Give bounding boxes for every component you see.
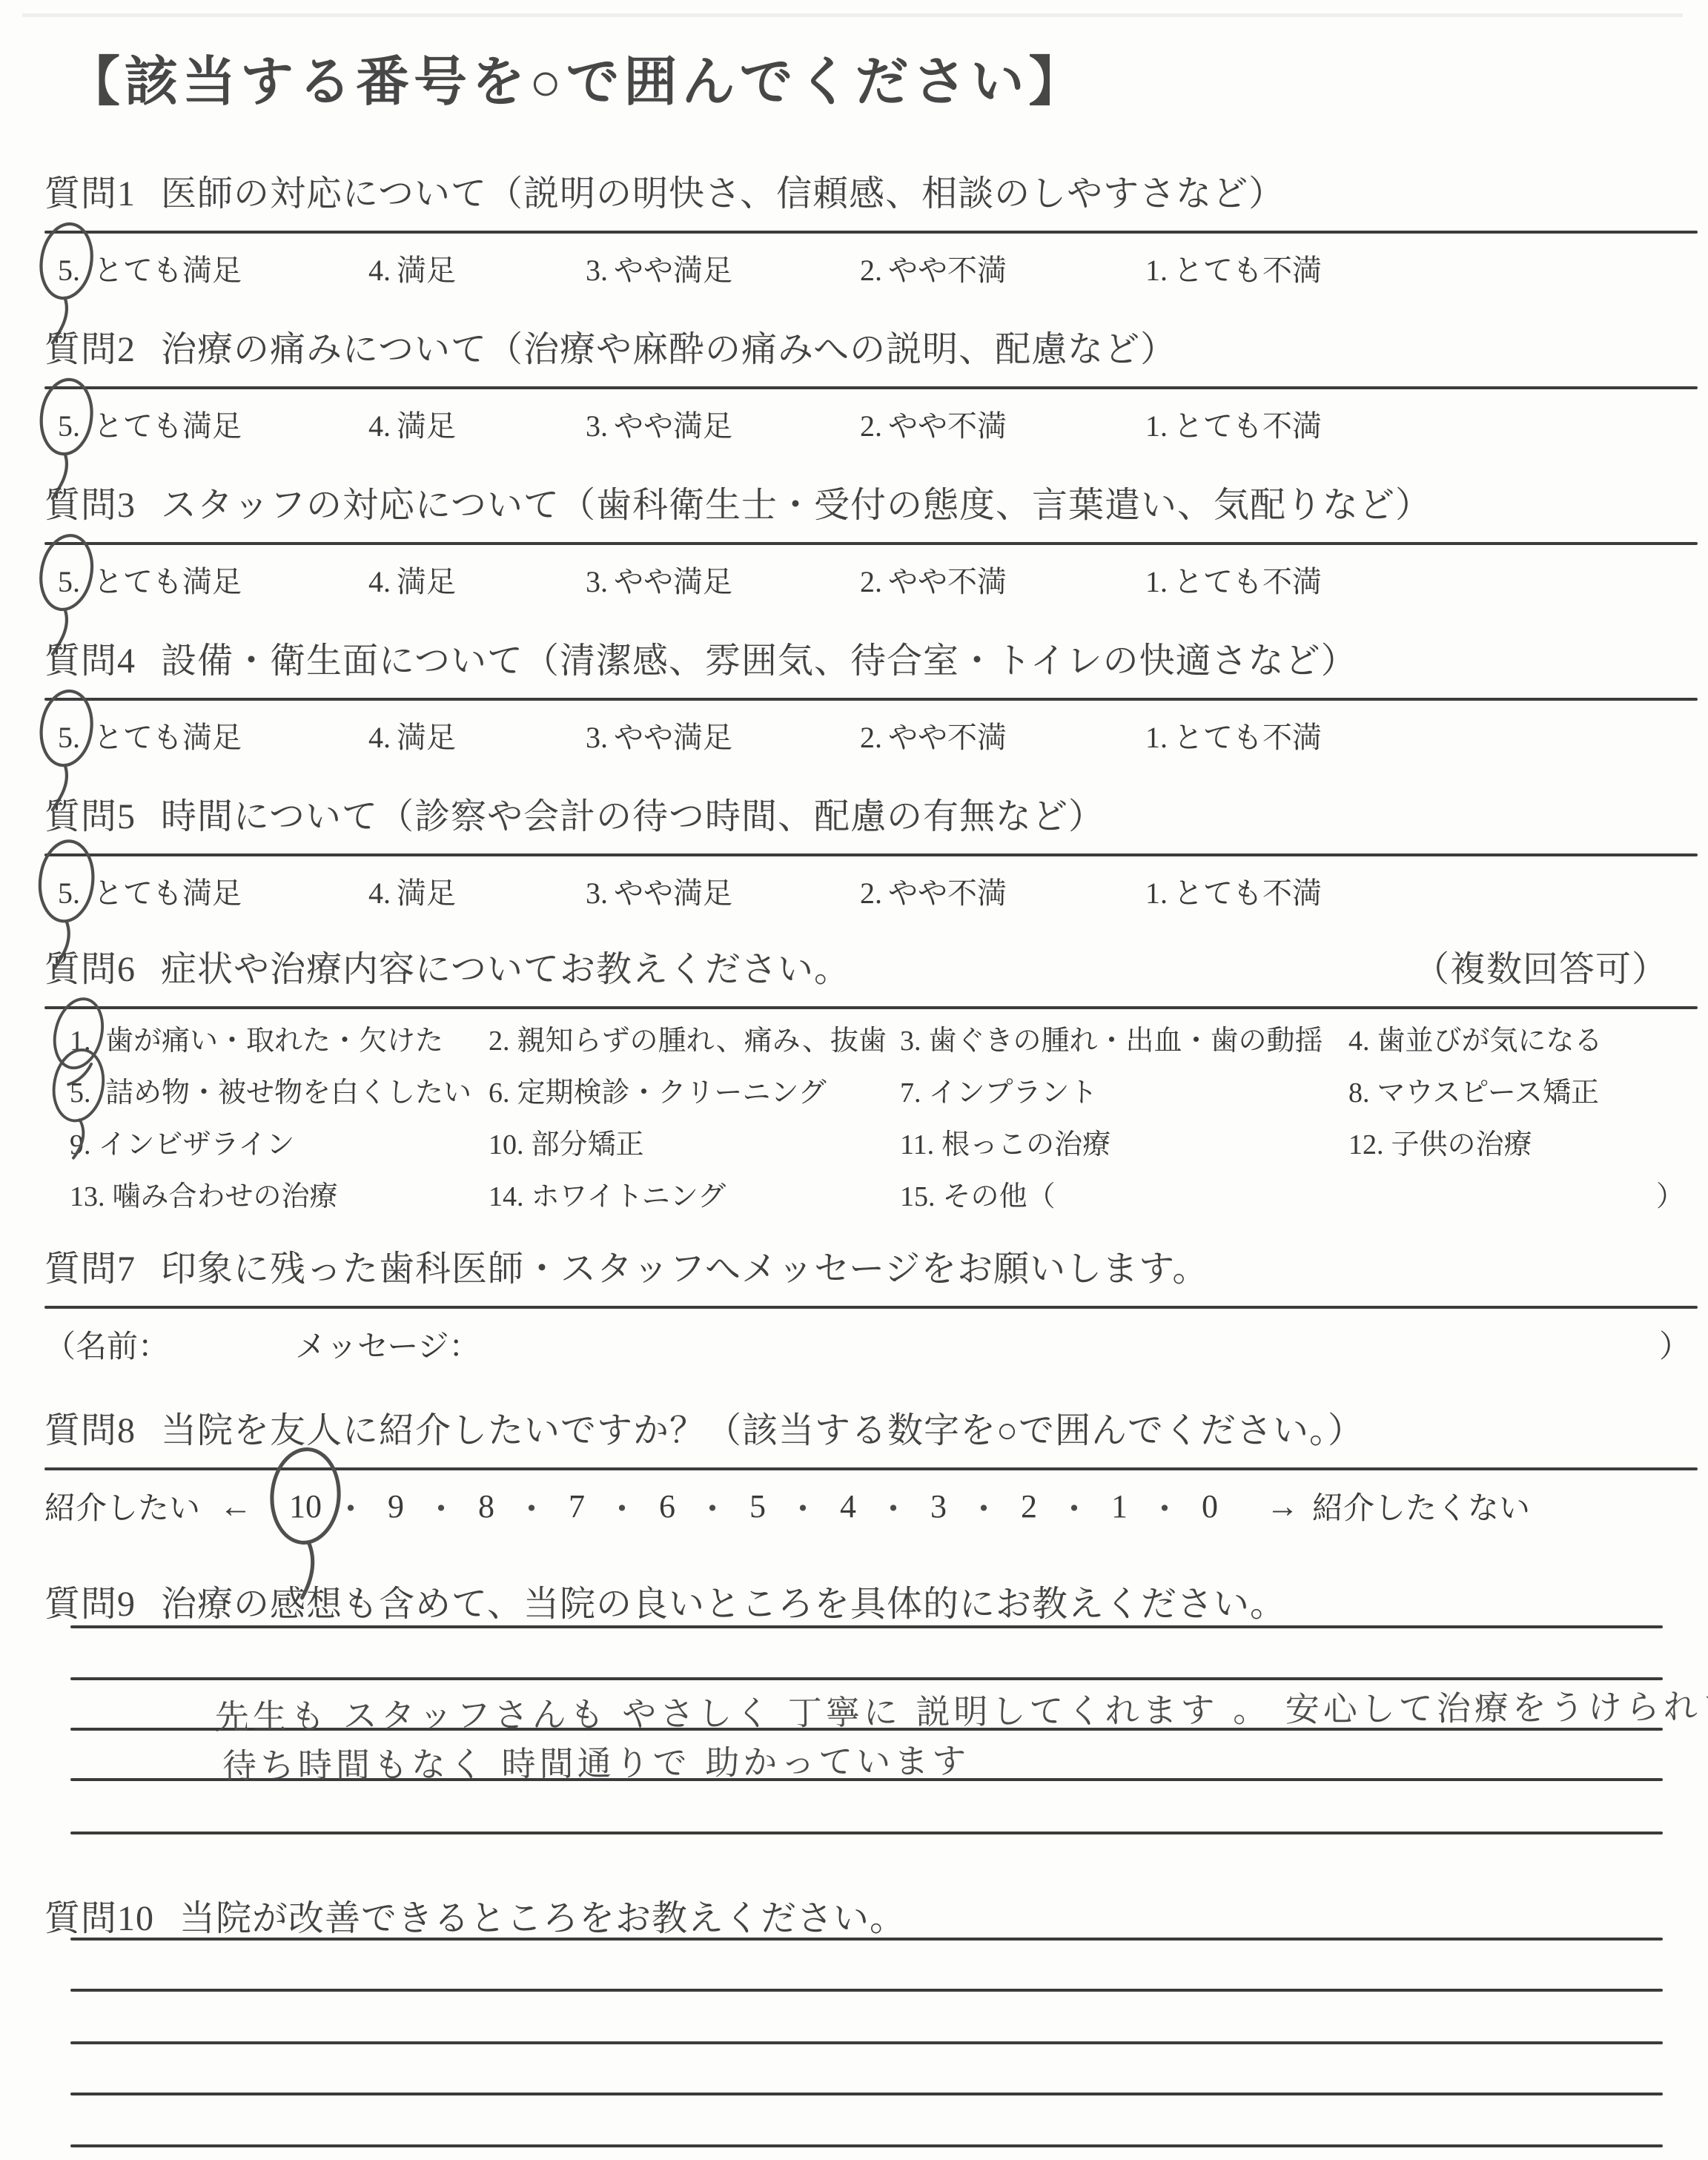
q7-close-paren: ） bbox=[1659, 1322, 1698, 1367]
option-satisfied: 4.満足 bbox=[368, 558, 586, 601]
option-number-text: 5. bbox=[58, 254, 80, 287]
option-somewhat-dissatisfied: 2.やや不満 bbox=[860, 714, 1145, 756]
q6-other-close-paren: ） bbox=[1656, 1171, 1698, 1223]
option-number-text: 3. bbox=[586, 721, 608, 754]
question-title: 設備・衛生面について（清潔感、雰囲気、待合室・トイレの快適さなど） bbox=[161, 632, 1357, 683]
q8-number: 8 bbox=[469, 1487, 504, 1525]
option-label: やや不満 bbox=[888, 565, 1007, 598]
separator-line bbox=[44, 1467, 1698, 1470]
q6-item-1-circled: 1. 歯が痛い・取れた・欠けた bbox=[70, 1015, 489, 1067]
ruled-line bbox=[70, 1677, 1663, 1680]
option-label: やや不満 bbox=[888, 721, 1007, 754]
option-number-text: 3. bbox=[586, 254, 608, 287]
option-number-text: 3. bbox=[586, 409, 608, 443]
option-number-text: 7. bbox=[900, 1077, 921, 1109]
page-title: 【該当する番号を○で囲んでください】 bbox=[67, 39, 1087, 116]
q6-item-14: 14.ホワイトニング bbox=[489, 1171, 900, 1223]
separator-line bbox=[44, 853, 1698, 856]
symptom-options-grid: 1. 歯が痛い・取れた・欠けた 2.親知らずの腫れ、痛み、抜歯 3.歯ぐきの腫れ… bbox=[44, 1015, 1698, 1223]
question-title: 当院が改善できるところをお教えください。 bbox=[179, 1889, 906, 1941]
option-number-circled: 5. bbox=[58, 720, 80, 755]
option-label: やや満足 bbox=[614, 721, 732, 754]
option-somewhat-dissatisfied: 2.やや不満 bbox=[860, 870, 1145, 912]
option-very-dissatisfied: 1.とても不満 bbox=[1145, 558, 1698, 601]
question-title: 治療の痛みについて（治療や麻酔の痛みへの説明、配慮など） bbox=[161, 320, 1176, 371]
question-title: 印象に残った歯科医師・スタッフへメッセージをお願いします。 bbox=[161, 1240, 1208, 1291]
option-number-text: 11. bbox=[900, 1129, 934, 1160]
option-label: インプラント bbox=[929, 1077, 1098, 1109]
right-arrow-icon: → bbox=[1266, 1487, 1299, 1525]
option-label: やや不満 bbox=[888, 254, 1007, 287]
options-row: 5. とても満足 4.満足 3.やや満足 2.やや不満 1.とても不満 bbox=[44, 714, 1698, 756]
option-number-text: 2. bbox=[860, 876, 882, 910]
question-title: スタッフの対応について（歯科衛生士・受付の態度、言葉遣い、気配りなど） bbox=[161, 476, 1431, 527]
q6-item-9: 9.インビザライン bbox=[70, 1119, 489, 1171]
handwritten-answer-line-2: 待ち時間もなく 時間通りで 助かっています bbox=[222, 1734, 970, 1788]
option-number-text: 3. bbox=[586, 876, 608, 910]
dot-separator: ・ bbox=[334, 1482, 367, 1530]
q8-number: 6 bbox=[649, 1487, 685, 1525]
option-label: 満足 bbox=[397, 565, 456, 598]
question-1-block: 質問1 医師の対応について（説明の明快さ、信頼感、相談のしやすさなど） 5. と… bbox=[44, 165, 1698, 289]
q8-number-10-circled: 10 bbox=[288, 1487, 323, 1525]
options-row: 5. とても満足 4.満足 3.やや満足 2.やや不満 1.とても不満 bbox=[44, 403, 1698, 445]
option-number-circled: 1. bbox=[70, 1015, 91, 1067]
question-id: 質問1 bbox=[44, 165, 136, 216]
question-4-title-row: 質問4 設備・衛生面について（清潔感、雰囲気、待合室・トイレの快適さなど） bbox=[44, 632, 1698, 683]
question-5-title-row: 質問5 時間について（診察や会計の待つ時間、配慮の有無など） bbox=[44, 787, 1698, 839]
option-label: やや満足 bbox=[614, 409, 732, 443]
dot-separator: ・ bbox=[515, 1482, 548, 1530]
question-2-block: 質問2 治療の痛みについて（治療や麻酔の痛みへの説明、配慮など） 5. とても満… bbox=[44, 320, 1698, 445]
option-label: やや満足 bbox=[614, 254, 732, 287]
option-label: ホワイトニング bbox=[532, 1181, 726, 1212]
ruled-line bbox=[70, 2041, 1663, 2044]
question-title: 医師の対応について（説明の明快さ、信頼感、相談のしやすさなど） bbox=[161, 165, 1285, 216]
q6-item-3: 3.歯ぐきの腫れ・出血・歯の動揺 bbox=[900, 1015, 1348, 1067]
option-somewhat-satisfied: 3.やや満足 bbox=[586, 247, 860, 289]
option-label: インビザライン bbox=[99, 1129, 295, 1160]
q7-message-label: メッセージ： bbox=[295, 1322, 480, 1367]
option-very-dissatisfied: 1.とても不満 bbox=[1145, 403, 1698, 445]
option-label: 満足 bbox=[397, 254, 456, 287]
question-8-title-row: 質問8 当院を友人に紹介したいですか？（該当する数字を○で囲んでください。） bbox=[44, 1401, 1698, 1453]
question-3-block: 質問3 スタッフの対応について（歯科衛生士・受付の態度、言葉遣い、気配りなど） … bbox=[44, 476, 1698, 601]
q8-number: 3 bbox=[921, 1487, 956, 1525]
option-label: とても満足 bbox=[93, 721, 242, 754]
option-number-text: 2. bbox=[489, 1025, 510, 1057]
option-somewhat-dissatisfied: 2.やや不満 bbox=[860, 247, 1145, 289]
separator-line bbox=[44, 231, 1698, 234]
option-satisfied: 4.満足 bbox=[368, 714, 586, 756]
dot-separator: ・ bbox=[425, 1482, 457, 1530]
message-fields-row: （名前： メッセージ： ） bbox=[44, 1322, 1698, 1367]
option-number-text: 1. bbox=[1145, 721, 1168, 754]
option-somewhat-satisfied: 3.やや満足 bbox=[586, 714, 860, 756]
q6-item-4: 4.歯並びが気になる bbox=[1348, 1015, 1698, 1067]
option-number-text: 5. bbox=[58, 565, 80, 598]
question-2-title-row: 質問2 治療の痛みについて（治療や麻酔の痛みへの説明、配慮など） bbox=[44, 320, 1698, 371]
option-number-text: 4. bbox=[1348, 1025, 1370, 1057]
question-9-title-row: 質問9 治療の感想も含めて、当院の良いところを具体的にお教えください。 bbox=[44, 1575, 1698, 1626]
option-very-satisfied: 5. とても満足 bbox=[58, 247, 368, 289]
option-label: その他（ bbox=[943, 1181, 1056, 1212]
option-label: とても満足 bbox=[93, 565, 242, 598]
left-arrow-icon: ← bbox=[219, 1487, 252, 1525]
option-very-dissatisfied: 1.とても不満 bbox=[1145, 247, 1698, 289]
option-label: マウスピース矯正 bbox=[1377, 1077, 1599, 1109]
option-label: 満足 bbox=[397, 876, 456, 910]
dot-separator: ・ bbox=[787, 1482, 819, 1530]
ruled-line bbox=[70, 1832, 1663, 1834]
option-number-text: 1. bbox=[1145, 876, 1168, 910]
option-label: やや不満 bbox=[888, 409, 1007, 443]
option-label: 詰め物・被せ物を白くしたい bbox=[105, 1077, 471, 1109]
option-number-text: 15. bbox=[900, 1181, 936, 1212]
q6-item-6: 6.定期検診・クリーニング bbox=[489, 1067, 900, 1119]
option-label: とても不満 bbox=[1174, 876, 1322, 910]
question-id: 質問3 bbox=[44, 476, 136, 527]
option-label: とても不満 bbox=[1174, 254, 1322, 287]
separator-line bbox=[44, 386, 1698, 389]
option-number-text: 1. bbox=[70, 1025, 91, 1057]
q6-item-13: 13.噛み合わせの治療 bbox=[70, 1171, 489, 1223]
option-satisfied: 4.満足 bbox=[368, 247, 586, 289]
option-label: 満足 bbox=[397, 409, 456, 443]
q6-item-15-other: 15.その他（ bbox=[900, 1171, 1348, 1223]
option-label: 満足 bbox=[397, 721, 456, 754]
option-number-text: 2. bbox=[860, 254, 882, 287]
option-label: とても不満 bbox=[1174, 409, 1322, 443]
option-number-text: 4. bbox=[368, 409, 391, 443]
question-title: 症状や治療内容についてお教えください。 bbox=[161, 940, 850, 991]
option-number-text: 12. bbox=[1348, 1129, 1384, 1160]
ruled-line bbox=[70, 1938, 1663, 1941]
q8-right-label: 紹介したくない bbox=[1312, 1484, 1530, 1528]
option-number-text: 9. bbox=[70, 1129, 91, 1160]
separator-line bbox=[44, 1306, 1698, 1309]
dot-separator: ・ bbox=[606, 1482, 638, 1530]
option-number-text: 4. bbox=[368, 721, 391, 754]
option-number-text: 4. bbox=[368, 254, 391, 287]
nps-scale-row: 紹介したい ← 10 ・ 9 ・ 8 ・ 7 ・ 6 ・ 5 ・ 4 ・ 3 ・… bbox=[44, 1482, 1698, 1530]
option-number-text: 8. bbox=[1348, 1077, 1370, 1109]
q6-item-5-circled: 5. 詰め物・被せ物を白くしたい bbox=[70, 1067, 489, 1119]
q8-number: 4 bbox=[830, 1487, 866, 1525]
q8-number-text: 10 bbox=[289, 1488, 322, 1525]
option-label: 定期検診・クリーニング bbox=[517, 1077, 827, 1109]
option-number-text: 6. bbox=[489, 1077, 510, 1109]
option-somewhat-dissatisfied: 2.やや不満 bbox=[860, 403, 1145, 445]
handwritten-answer-line-1: 先生も スタッフさんも やさしく 丁寧に 説明してくれます 。 安心して治療をう… bbox=[215, 1680, 1708, 1740]
question-title: 治療の感想も含めて、当院の良いところを具体的にお教えください。 bbox=[161, 1575, 1286, 1626]
option-label: 親知らずの腫れ、痛み、抜歯 bbox=[517, 1025, 887, 1057]
option-number-text: 1. bbox=[1145, 565, 1168, 598]
options-row: 5. とても満足 4.満足 3.やや満足 2.やや不満 1.とても不満 bbox=[44, 247, 1698, 289]
option-label: とても満足 bbox=[93, 254, 242, 287]
option-label: とても不満 bbox=[1174, 565, 1322, 598]
multi-select-note: （複数回答可） bbox=[1414, 940, 1668, 991]
option-number-text: 5. bbox=[58, 721, 80, 754]
option-label: 部分矯正 bbox=[532, 1129, 644, 1160]
question-1-title-row: 質問1 医師の対応について（説明の明快さ、信頼感、相談のしやすさなど） bbox=[44, 165, 1698, 216]
option-somewhat-satisfied: 3.やや満足 bbox=[586, 558, 860, 601]
q6-item-12: 12.子供の治療 bbox=[1348, 1119, 1698, 1171]
option-number-text: 13. bbox=[70, 1181, 105, 1212]
q6-item-8: 8.マウスピース矯正 bbox=[1348, 1067, 1698, 1119]
option-number-circled: 5. bbox=[58, 876, 80, 911]
separator-line bbox=[44, 698, 1698, 701]
q6-item-7: 7.インプラント bbox=[900, 1067, 1348, 1119]
question-10-block: 質問10 当院が改善できるところをお教えください。 bbox=[44, 1889, 1698, 1941]
option-somewhat-dissatisfied: 2.やや不満 bbox=[860, 558, 1145, 601]
option-satisfied: 4.満足 bbox=[368, 870, 586, 912]
option-number-text: 3. bbox=[586, 565, 608, 598]
option-label: 噛み合わせの治療 bbox=[113, 1181, 338, 1212]
q6-item-11: 11.根っこの治療 bbox=[900, 1119, 1348, 1171]
option-label: とても満足 bbox=[93, 409, 242, 443]
question-title: 当院を友人に紹介したいですか？（該当する数字を○で囲んでください。） bbox=[161, 1401, 1364, 1453]
option-label: 歯が痛い・取れた・欠けた bbox=[105, 1025, 443, 1057]
option-number-circled: 5. bbox=[58, 564, 80, 599]
q8-number: 9 bbox=[378, 1487, 414, 1525]
q7-name-label: （名前： bbox=[44, 1322, 169, 1367]
option-number-text: 1. bbox=[1145, 254, 1168, 287]
q6-item-10: 10.部分矯正 bbox=[489, 1119, 900, 1171]
question-id: 質問7 bbox=[44, 1240, 136, 1291]
q8-left-label: 紹介したい bbox=[44, 1484, 200, 1528]
option-number-text: 5. bbox=[58, 876, 80, 910]
option-number-text: 3. bbox=[900, 1025, 921, 1057]
option-number-text: 1. bbox=[1145, 409, 1168, 443]
option-very-satisfied: 5. とても満足 bbox=[58, 403, 368, 445]
question-id: 質問4 bbox=[44, 632, 136, 683]
ruled-line bbox=[70, 1625, 1663, 1628]
question-7-block: 質問7 印象に残った歯科医師・スタッフへメッセージをお願いします。 （名前： メ… bbox=[44, 1240, 1698, 1367]
question-6-block: 質問6 症状や治療内容についてお教えください。 （複数回答可） 1. 歯が痛い・… bbox=[44, 940, 1698, 1223]
option-number-circled: 5. bbox=[58, 253, 80, 288]
q6-item-2: 2.親知らずの腫れ、痛み、抜歯 bbox=[489, 1015, 900, 1067]
q8-number: 0 bbox=[1192, 1487, 1228, 1525]
option-label: 子供の治療 bbox=[1391, 1129, 1532, 1160]
q8-number: 2 bbox=[1011, 1487, 1047, 1525]
options-row: 5. とても満足 4.満足 3.やや満足 2.やや不満 1.とても不満 bbox=[44, 558, 1698, 601]
question-6-title-row: 質問6 症状や治療内容についてお教えください。 （複数回答可） bbox=[44, 940, 1698, 991]
option-label: やや満足 bbox=[614, 876, 732, 910]
option-somewhat-satisfied: 3.やや満足 bbox=[586, 870, 860, 912]
dot-separator: ・ bbox=[967, 1482, 1000, 1530]
option-somewhat-satisfied: 3.やや満足 bbox=[586, 403, 860, 445]
separator-line bbox=[44, 1006, 1698, 1009]
question-4-block: 質問4 設備・衛生面について（清潔感、雰囲気、待合室・トイレの快適さなど） 5.… bbox=[44, 632, 1698, 756]
option-label: やや満足 bbox=[614, 565, 732, 598]
dot-separator: ・ bbox=[877, 1482, 910, 1530]
option-number-text: 10. bbox=[489, 1129, 524, 1160]
question-3-title-row: 質問3 スタッフの対応について（歯科衛生士・受付の態度、言葉遣い、気配りなど） bbox=[44, 476, 1698, 527]
ruled-line bbox=[70, 1989, 1663, 1992]
option-number-circled: 5. bbox=[58, 409, 80, 443]
option-very-dissatisfied: 1.とても不満 bbox=[1145, 870, 1698, 912]
option-very-dissatisfied: 1.とても不満 bbox=[1145, 714, 1698, 756]
question-id: 質問8 bbox=[44, 1401, 136, 1453]
dot-separator: ・ bbox=[1148, 1482, 1181, 1530]
option-number-text: 5. bbox=[70, 1077, 91, 1109]
option-very-satisfied: 5. とても満足 bbox=[58, 870, 368, 912]
scan-artifact-line bbox=[22, 13, 1683, 17]
option-very-satisfied: 5. とても満足 bbox=[58, 714, 368, 756]
question-10-title-row: 質問10 当院が改善できるところをお教えください。 bbox=[44, 1889, 1698, 1941]
dental-survey-form: 【該当する番号を○で囲んでください】 質問1 医師の対応について（説明の明快さ、… bbox=[0, 0, 1708, 2160]
option-number-text: 14. bbox=[489, 1181, 524, 1212]
option-label: とても不満 bbox=[1174, 721, 1322, 754]
option-number-text: 4. bbox=[368, 565, 391, 598]
q8-number: 7 bbox=[559, 1487, 595, 1525]
question-id: 質問2 bbox=[44, 320, 136, 371]
ruled-line bbox=[70, 2093, 1663, 2095]
question-9-block: 質問9 治療の感想も含めて、当院の良いところを具体的にお教えください。 bbox=[44, 1575, 1698, 1626]
option-number-circled: 5. bbox=[70, 1067, 91, 1119]
option-very-satisfied: 5. とても満足 bbox=[58, 558, 368, 601]
question-id: 質問5 bbox=[44, 787, 136, 839]
dot-separator: ・ bbox=[1058, 1482, 1090, 1530]
option-number-text: 2. bbox=[860, 721, 882, 754]
option-number-text: 5. bbox=[58, 409, 80, 443]
q8-number: 5 bbox=[740, 1487, 775, 1525]
question-id: 質問10 bbox=[44, 1889, 154, 1941]
option-label: 根っこの治療 bbox=[941, 1129, 1110, 1160]
option-satisfied: 4.満足 bbox=[368, 403, 586, 445]
dot-separator: ・ bbox=[696, 1482, 729, 1530]
ruled-line bbox=[70, 2144, 1663, 2147]
question-7-title-row: 質問7 印象に残った歯科医師・スタッフへメッセージをお願いします。 bbox=[44, 1240, 1698, 1291]
question-title: 時間について（診察や会計の待つ時間、配慮の有無など） bbox=[161, 787, 1105, 839]
option-number-text: 4. bbox=[368, 876, 391, 910]
question-id: 質問9 bbox=[44, 1575, 136, 1626]
option-label: 歯並びが気になる bbox=[1377, 1025, 1603, 1057]
option-label: 歯ぐきの腫れ・出血・歯の動揺 bbox=[929, 1025, 1323, 1057]
option-label: やや不満 bbox=[888, 876, 1007, 910]
options-row: 5. とても満足 4.満足 3.やや満足 2.やや不満 1.とても不満 bbox=[44, 870, 1698, 912]
option-label: とても満足 bbox=[93, 876, 242, 910]
separator-line bbox=[44, 542, 1698, 545]
option-number-text: 2. bbox=[860, 409, 882, 443]
question-id: 質問6 bbox=[44, 940, 136, 991]
question-8-block: 質問8 当院を友人に紹介したいですか？（該当する数字を○で囲んでください。） 紹… bbox=[44, 1401, 1698, 1530]
question-5-block: 質問5 時間について（診察や会計の待つ時間、配慮の有無など） 5. とても満足 … bbox=[44, 787, 1698, 912]
option-number-text: 2. bbox=[860, 565, 882, 598]
q8-number: 1 bbox=[1102, 1487, 1137, 1525]
